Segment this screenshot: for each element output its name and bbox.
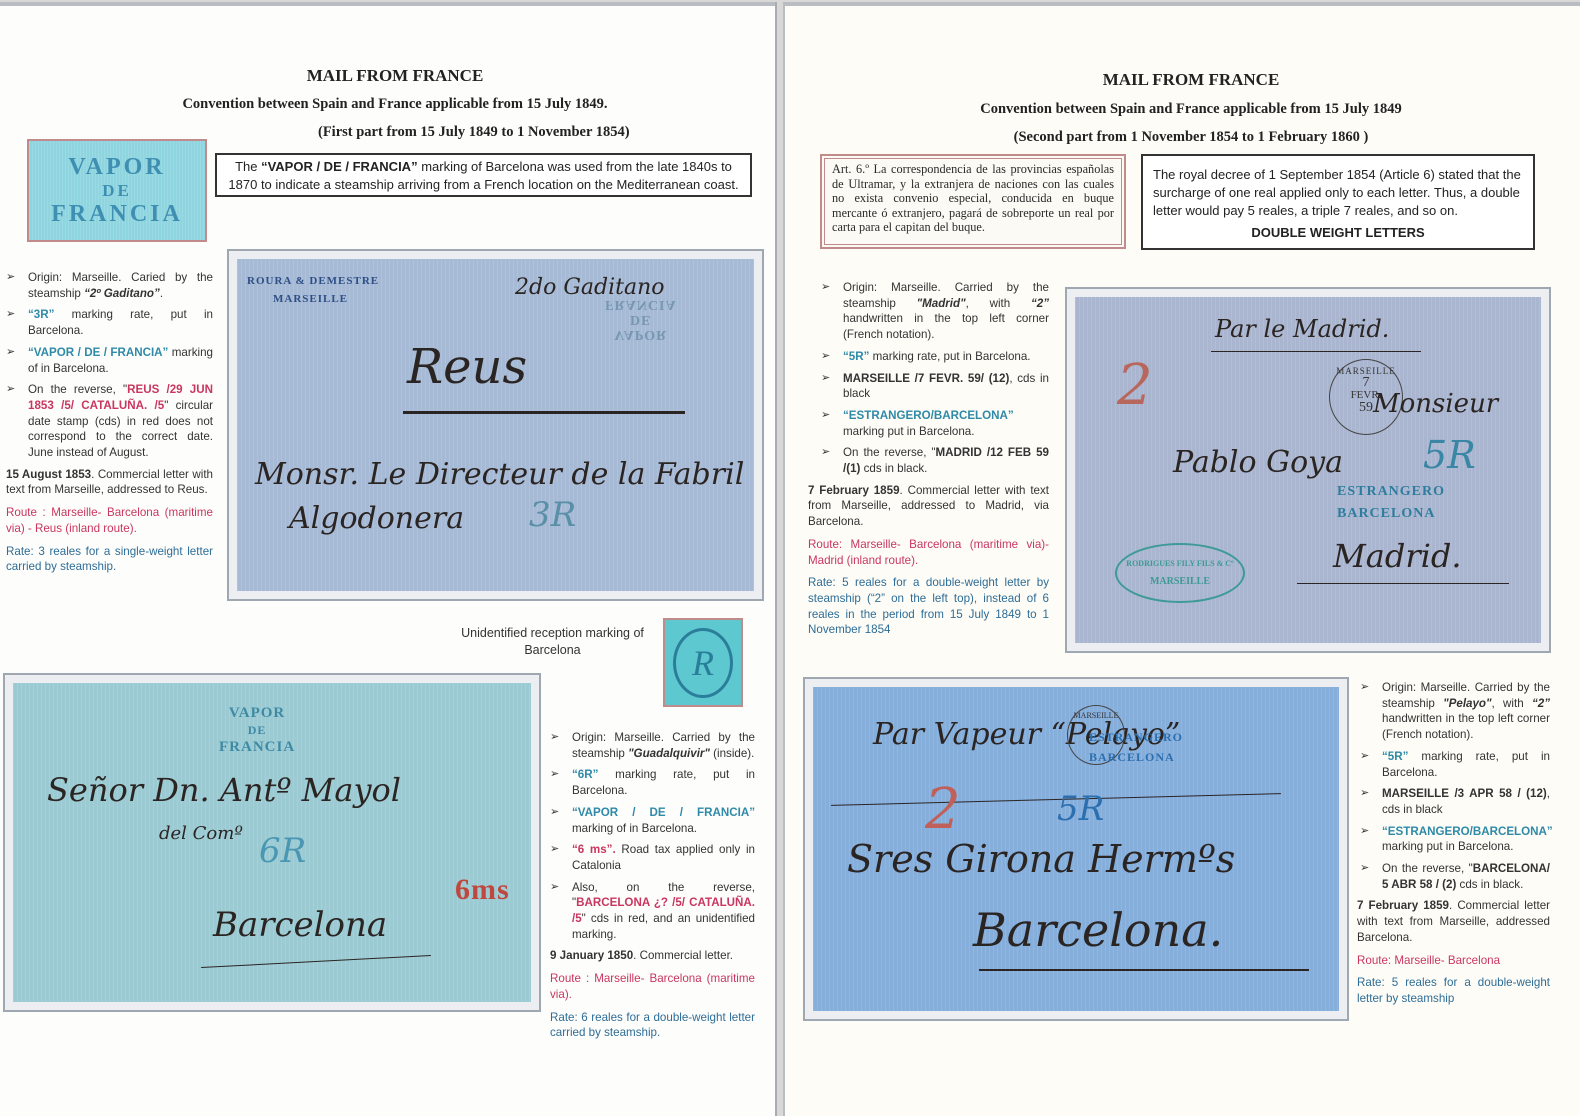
vapor-de-francia-stamp-image: VAPOR DE FRANCIA <box>27 139 207 242</box>
destination-barcelona: Barcelona. <box>973 903 1223 957</box>
letter-date: 7 February 1859 <box>1357 899 1449 912</box>
crossing-line <box>831 793 1281 806</box>
cds-town: MARSEILLE <box>1068 711 1124 720</box>
desc-item: ➢“6R” marking rate, put in Barcelona. <box>550 767 755 798</box>
letter-image: VAPOR DE FRANCIA Señor Dn. Antº Mayol de… <box>13 683 531 1002</box>
desc-text: . <box>160 287 163 300</box>
destination-barcelona: Barcelona <box>213 905 387 945</box>
info-highlight: “VAPOR / DE / FRANCIA” <box>261 159 418 174</box>
weight-note: “2” <box>1532 697 1550 710</box>
desc-text: cds in black. <box>860 462 927 475</box>
ship-handwritten-note: Par le Madrid. <box>1215 315 1389 343</box>
letter-date-summary: 7 February 1859. Commercial letter with … <box>808 483 1049 530</box>
estrangero-line: ESTRANGERO <box>1089 727 1183 747</box>
letter-date-summary: 9 January 1850. Commercial letter. <box>550 948 755 964</box>
estrangero-line: ESTRANGERO <box>1337 481 1445 503</box>
desc-text: handwritten in the top left corner (Fren… <box>1382 712 1550 741</box>
left-album-page: MAIL FROM FRANCE Convention between Spai… <box>0 2 777 1116</box>
reception-mark-letter: R <box>692 642 714 684</box>
stamp-line-2: DE <box>102 181 132 201</box>
bullet-arrow-icon: ➢ <box>1360 749 1369 765</box>
reception-mark-ring: R <box>673 628 733 698</box>
rate-text: Rate: 3 reales for a single-weight lette… <box>6 544 213 575</box>
right-album-page: MAIL FROM FRANCE Convention between Spai… <box>783 2 1580 1116</box>
desc-text: marking put in Barcelona. <box>1382 840 1513 853</box>
rate-text: Rate: 5 reales for a double-weight lette… <box>808 575 1049 638</box>
rate-mark-6r: 6R <box>259 831 306 871</box>
desc-item: ➢“VAPOR / DE / FRANCIA” marking of in Ba… <box>6 345 213 376</box>
de-line: DE <box>219 722 295 739</box>
marking-highlight: “VAPOR / DE / FRANCIA” <box>28 346 168 359</box>
letter-image: Par Vapeur “Pelayo” MARSEILLE ESTRANGERO… <box>813 687 1339 1011</box>
estrangero-barcelona-marking: ESTRANGERO BARCELONA <box>1337 481 1445 525</box>
desc-text: (inside). <box>710 747 754 760</box>
period-heading: (Second part from 1 November 1854 to 1 F… <box>785 129 1580 146</box>
rate-highlight: “3R” <box>28 308 54 321</box>
page-title: MAIL FROM FRANCE <box>785 70 1580 90</box>
vapor-marking-mirrored: VAPOR DE FRANCIA <box>605 297 677 342</box>
route-text: Route: Marseille- Barcelona (maritime vi… <box>808 537 1049 568</box>
letter4-description: ➢Origin: Marseille. Carried by the steam… <box>1360 680 1550 1014</box>
marking-highlight: “ESTRANGERO/BARCELONA” <box>1382 825 1553 838</box>
rate-highlight: “5R” <box>1382 750 1408 763</box>
desc-text: On the reverse, " <box>843 446 936 459</box>
desc-item: ➢On the reverse, "BARCELONA/ 5 ABR 58 / … <box>1360 861 1550 892</box>
bullet-arrow-icon: ➢ <box>6 382 15 398</box>
desc-item: ➢Origin: Marseille. Carried by the steam… <box>821 280 1049 343</box>
estrangero-barcelona-marking: ESTRANGERO BARCELONA <box>1089 727 1183 767</box>
desc-text: marking rate, put in Barcelona. <box>28 308 213 337</box>
destination-underline <box>403 411 685 414</box>
page-subtitle: Convention between Spain and France appl… <box>785 101 1580 118</box>
desc-item: ➢On the reverse, "REUS /29 JUN 1853 /5/ … <box>6 382 213 461</box>
marking-highlight: “VAPOR / DE / FRANCIA” <box>572 806 755 819</box>
desc-item: ➢Origin: Marseille. Carried by the steam… <box>550 730 755 761</box>
page-title: MAIL FROM FRANCE <box>0 66 790 86</box>
bullet-arrow-icon: ➢ <box>550 767 559 783</box>
desc-item: ➢“ESTRANGERO/BARCELONA” marking put in B… <box>1360 824 1550 855</box>
rate-mark-5r: 5R <box>1423 433 1476 477</box>
desc-text: handwritten in the top left corner (Fren… <box>843 312 1049 341</box>
desc-text: marking of in Barcelona. <box>572 822 697 835</box>
addressee-line-2: Algodonera <box>289 501 464 536</box>
addressee-pablo-goya: Pablo Goya <box>1173 445 1343 480</box>
desc-text: cds in black. <box>1456 878 1523 891</box>
page-top-edge <box>785 2 1580 6</box>
bullet-arrow-icon: ➢ <box>1360 680 1369 696</box>
salutation-monsieur: Monsieur <box>1373 389 1498 419</box>
weight-mark-2: 2 <box>1117 353 1153 418</box>
addressee-line-1: Señor Dn. Antº Mayol <box>47 771 401 809</box>
bullet-arrow-icon: ➢ <box>1360 824 1369 840</box>
bullet-arrow-icon: ➢ <box>1360 786 1369 802</box>
desc-text: marking rate, put in Barcelona. <box>572 768 755 797</box>
marking-highlight: “ESTRANGERO/BARCELONA” <box>843 409 1014 422</box>
letter-image: ROURA & DEMESTRE MARSEILLE 2do Gaditano … <box>237 259 754 591</box>
article-6-excerpt: Art. 6.º La correspondencia de las provi… <box>820 154 1126 249</box>
oval-line-1: RODRIGUES FILY FILS & Cº <box>1117 555 1243 573</box>
bullet-arrow-icon: ➢ <box>821 280 830 296</box>
bullet-arrow-icon: ➢ <box>550 842 559 858</box>
desc-item: ➢“3R” marking rate, put in Barcelona. <box>6 307 213 338</box>
desc-text: On the reverse, " <box>28 383 127 396</box>
page-subtitle: Convention between Spain and France appl… <box>0 96 790 113</box>
letter-date: 7 February 1859 <box>808 484 900 497</box>
letter-date: 15 August 1853 <box>6 468 91 481</box>
page-top-edge <box>0 2 775 6</box>
desc-text: marking put in Barcelona. <box>843 425 974 438</box>
desc-item: ➢Origin: Marseille. Carried by the steam… <box>1360 680 1550 743</box>
desc-text: " cds in red, and an unidentified markin… <box>572 912 755 941</box>
francia-line: FRANCIA <box>219 739 295 756</box>
vapor-line: VAPOR <box>219 705 295 722</box>
desc-text: marking rate, put in Barcelona. <box>1382 750 1550 779</box>
letter-summary: . Commercial letter. <box>633 949 733 962</box>
ship-note-underline <box>1211 351 1421 352</box>
sender-city-imprint: MARSEILLE <box>273 293 348 305</box>
double-weight-heading: DOUBLE WEIGHT LETTERS <box>1153 224 1523 242</box>
bullet-arrow-icon: ➢ <box>6 345 15 361</box>
rate-highlight: “5R” <box>843 350 869 363</box>
rate-text: Rate: 6 reales for a double-weight lette… <box>550 1010 755 1041</box>
bullet-arrow-icon: ➢ <box>6 270 15 286</box>
addressee-line-1: Monsr. Le Directeur de la Fabril <box>255 457 744 492</box>
letter-date-summary: 7 February 1859. Commercial letter with … <box>1357 898 1550 945</box>
desc-text: marking rate, put in Barcelona. <box>869 350 1030 363</box>
desc-item: ➢On the reverse, "MADRID /12 FEB 59 /(1)… <box>821 445 1049 476</box>
road-tax-mark-6ms: 6ms <box>455 873 510 907</box>
cds-day: 7 <box>1330 376 1402 389</box>
desc-item: ➢Also, on the reverse, "BARCELONA ¿? /5/… <box>550 880 755 943</box>
cover-letter-madrid: Par le Madrid. 2 MARSEILLE 7 FEVR. 59 Mo… <box>1065 287 1551 653</box>
vapor-de-francia-marking: VAPOR DE FRANCIA <box>219 705 295 756</box>
desc-item: ➢“5R” marking rate, put in Barcelona. <box>1360 749 1550 780</box>
bullet-arrow-icon: ➢ <box>1360 861 1369 877</box>
desc-text: , with <box>1492 697 1532 710</box>
ship-name: "Madrid" <box>917 297 966 310</box>
desc-item: ➢MARSEILLE /7 FEVR. 59/ (12), cds in bla… <box>821 371 1049 402</box>
desc-text: On the reverse, " <box>1382 862 1473 875</box>
addressee-girona: Sres Girona Hermºs <box>847 837 1235 881</box>
ship-name: "Pelayo" <box>1443 697 1491 710</box>
rate-highlight: “6R” <box>572 768 598 781</box>
weight-note: “2” <box>1031 297 1049 310</box>
destination-underline <box>979 969 1309 971</box>
destination-underline <box>201 955 431 968</box>
barcelona-line: BARCELONA <box>1337 503 1445 525</box>
bullet-arrow-icon: ➢ <box>821 371 830 387</box>
destination-madrid: Madrid. <box>1333 537 1462 575</box>
bullet-arrow-icon: ➢ <box>821 408 830 424</box>
cds-text: MARSEILLE /7 FEVR. 59/ (12) <box>843 372 1009 385</box>
letter3-description: ➢Origin: Marseille. Carried by the steam… <box>821 280 1049 645</box>
destination-underline <box>1297 583 1509 584</box>
cds-text: MARSEILLE /3 APR 58 / (12) <box>1382 787 1547 800</box>
cover-letter-reus: ROURA & DEMESTRE MARSEILLE 2do Gaditano … <box>227 249 764 601</box>
route-text: Route: Marseille- Barcelona <box>1357 953 1550 969</box>
addressee-line-2: del Comº <box>159 823 243 844</box>
francia-line: FRANCIA <box>605 297 677 312</box>
barcelona-line: BARCELONA <box>1089 747 1183 767</box>
desc-item: ➢Origin: Marseille. Caried by the steams… <box>6 270 213 301</box>
rate-mark-3r: 3R <box>529 495 576 535</box>
bullet-arrow-icon: ➢ <box>550 730 559 746</box>
letter-image: Par le Madrid. 2 MARSEILLE 7 FEVR. 59 Mo… <box>1075 297 1541 643</box>
destination-reus: Reus <box>407 339 527 395</box>
sender-oval-cachet: RODRIGUES FILY FILS & Cº MARSEILLE <box>1115 543 1245 603</box>
letter1-description: ➢Origin: Marseille. Caried by the steams… <box>6 270 213 582</box>
ship-name: "Guadalquivir" <box>628 747 710 760</box>
bullet-arrow-icon: ➢ <box>550 805 559 821</box>
letter-date: 9 January 1850 <box>550 949 633 962</box>
rate-mark-5r: 5R <box>1057 789 1104 829</box>
stamp-line-3: FRANCIA <box>51 201 183 228</box>
desc-item: ➢“ESTRANGERO/BARCELONA” marking put in B… <box>821 408 1049 439</box>
vapor-marking-info-box: The “VAPOR / DE / FRANCIA” marking of Ba… <box>215 153 752 197</box>
desc-item: ➢“6 ms”. Road tax applied only in Catalo… <box>550 842 755 873</box>
desc-text: , with <box>966 297 1031 310</box>
weight-mark-2: 2 <box>925 777 961 842</box>
desc-item: ➢“VAPOR / DE / FRANCIA” marking of in Ba… <box>550 805 755 836</box>
rate-text: Rate: 5 reales for a double-weight lette… <box>1357 975 1550 1006</box>
route-text: Route : Marseille- Barcelona (maritime v… <box>550 971 755 1002</box>
reception-marking-caption: Unidentified reception marking of Barcel… <box>455 625 650 659</box>
double-weight-info-box: The royal decree of 1 September 1854 (Ar… <box>1141 154 1535 250</box>
desc-item: ➢“5R” marking rate, put in Barcelona. <box>821 349 1049 365</box>
reception-marking-image: R <box>663 618 743 707</box>
desc-item: ➢MARSEILLE /3 APR 58 / (12), cds in blac… <box>1360 786 1550 817</box>
route-text: Route : Marseille- Barcelona (maritime v… <box>6 505 213 536</box>
sender-imprint: ROURA & DEMESTRE <box>247 275 379 287</box>
oval-line-2: MARSEILLE <box>1117 573 1243 591</box>
bullet-arrow-icon: ➢ <box>821 349 830 365</box>
tax-highlight: “6 ms”. <box>572 843 616 856</box>
letter-date-summary: 15 August 1853. Commercial letter with t… <box>6 467 213 498</box>
decree-text: The royal decree of 1 September 1854 (Ar… <box>1153 166 1523 220</box>
stamp-line-1: VAPOR <box>68 154 165 181</box>
info-text: The <box>235 159 261 174</box>
bullet-arrow-icon: ➢ <box>6 307 15 323</box>
bullet-arrow-icon: ➢ <box>550 880 559 896</box>
letter2-description: ➢Origin: Marseille. Carried by the steam… <box>550 730 755 1048</box>
cover-letter-mayol: VAPOR DE FRANCIA Señor Dn. Antº Mayol de… <box>3 673 541 1012</box>
vapor-line: VAPOR <box>605 327 677 342</box>
period-heading: (First part from 15 July 1849 to 1 Novem… <box>318 124 630 141</box>
bullet-arrow-icon: ➢ <box>821 445 830 461</box>
ship-name: “2º Gaditano” <box>84 287 160 300</box>
cover-letter-girona: Par Vapeur “Pelayo” MARSEILLE ESTRANGERO… <box>803 677 1349 1021</box>
de-line: DE <box>605 312 677 327</box>
